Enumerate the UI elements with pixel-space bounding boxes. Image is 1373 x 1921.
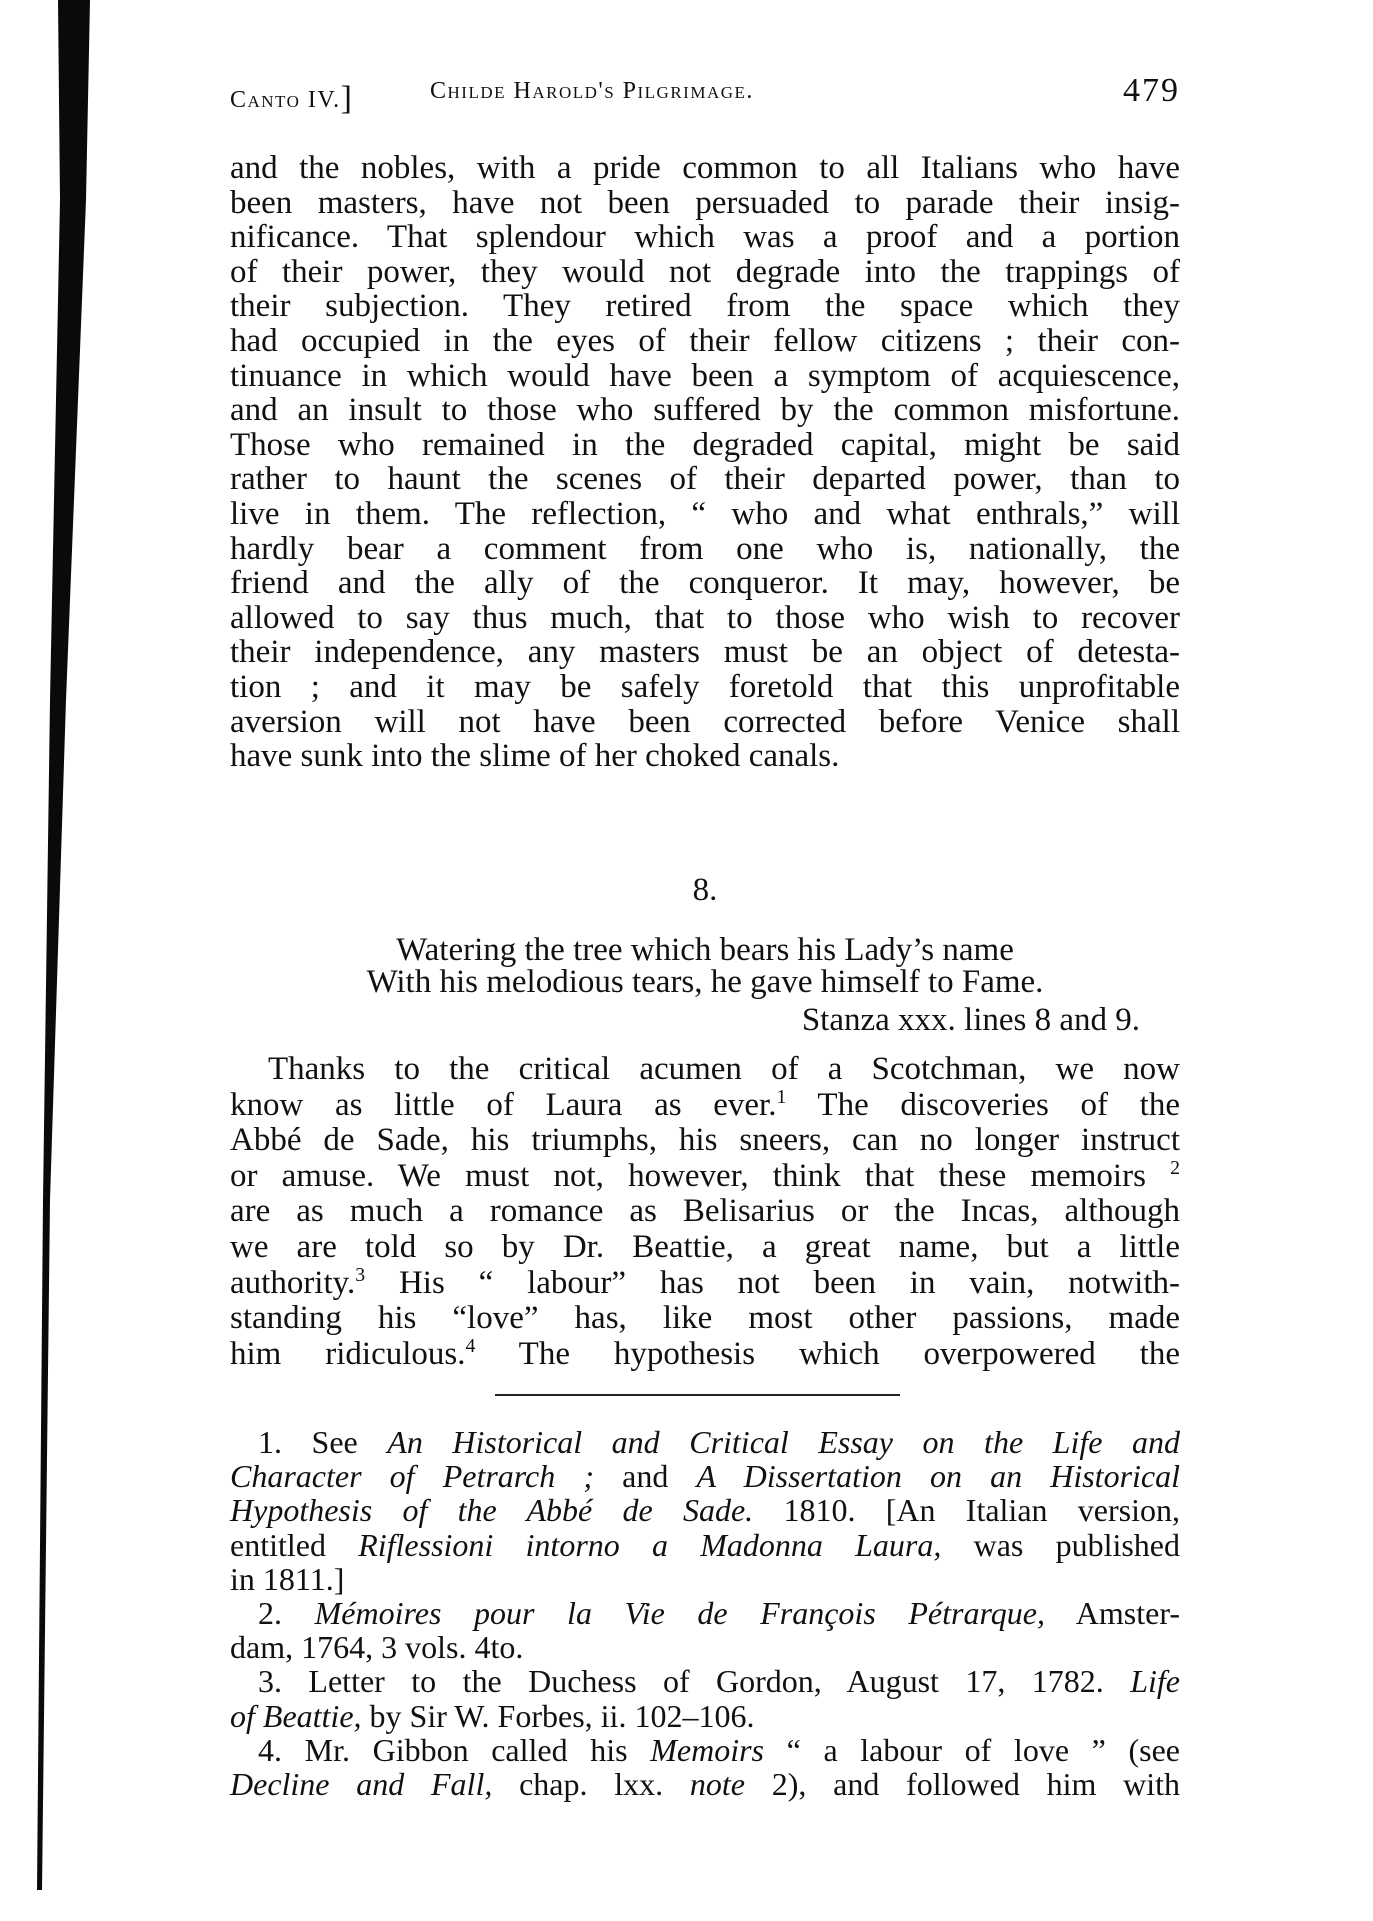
text-segment: by Sir W. Forbes, ii. 102–106.: [362, 1698, 755, 1734]
italic-title: A Dissertation on an Historical: [697, 1458, 1181, 1494]
text-segment: entitled: [230, 1527, 358, 1563]
footnote-ref[interactable]: 4: [465, 1335, 475, 1357]
bracket-glyph: ]: [341, 80, 352, 117]
footnote-line: 4. Mr. Gibbon called his Memoirs “ a lab…: [258, 1732, 1180, 1768]
text-line: Abbé de Sade, his triumphs, his sneers, …: [230, 1122, 1180, 1158]
text-segment: “ a labour of love ” (see: [764, 1732, 1180, 1768]
footnote-line: entitled Riflessioni intorno a Madonna L…: [230, 1527, 1180, 1563]
text-segment: him ridiculous.: [230, 1336, 465, 1372]
text-segment: The hypothesis which overpowered the: [475, 1336, 1180, 1372]
italic-title: of Beattie,: [230, 1698, 362, 1734]
binding-edge-shadow: [0, 0, 120, 1921]
footnote-ref[interactable]: 1: [776, 1086, 786, 1108]
footnote-divider: [495, 1394, 900, 1396]
italic-title: Hypothesis of the Abbé de Sade.: [230, 1492, 753, 1528]
text-line: of their power, they would not degrade i…: [230, 254, 1180, 290]
text-segment: 2), and followed him with: [745, 1766, 1180, 1802]
verse-line: Watering the tree which bears his Lady’s…: [230, 932, 1180, 968]
text-line: and an insult to those who suffered by t…: [230, 392, 1180, 428]
text-line: aversion will not have been corrected be…: [230, 704, 1180, 740]
text-segment: 3. Letter to the Duchess of Gordon, Augu…: [258, 1663, 1130, 1699]
text-segment: 1810. [An Italian version,: [753, 1492, 1180, 1528]
italic-title: Memoirs: [650, 1732, 764, 1768]
text-segment: His “ labour” has not been in vain, notw…: [365, 1265, 1180, 1301]
italic-title: Decline and Fall,: [230, 1766, 492, 1802]
verse-line: With his melodious tears, he gave himsel…: [230, 964, 1180, 1000]
text-segment: dam, 1764, 3 vols. 4to.: [230, 1629, 523, 1665]
text-segment: in 1811.]: [230, 1561, 344, 1597]
text-line: we are told so by Dr. Beattie, a great n…: [230, 1229, 1180, 1265]
text-segment: was published: [941, 1527, 1180, 1563]
footnote-line: 3. Letter to the Duchess of Gordon, Augu…: [258, 1663, 1180, 1699]
text-line: their subjection. They retired from the …: [230, 288, 1180, 324]
text-line: or amuse. We must not, however, think th…: [230, 1158, 1180, 1194]
footnote-line: Character of Petrarch ; and A Dissertati…: [230, 1458, 1180, 1494]
text-segment: know as little of Laura as ever.: [230, 1087, 776, 1123]
italic-title: Life: [1130, 1663, 1180, 1699]
text-line: been masters, have not been persuaded to…: [230, 185, 1180, 221]
text-line: and the nobles, with a pride common to a…: [230, 150, 1180, 186]
text-line: live in them. The reflection, “ who and …: [230, 496, 1180, 532]
text-line: have sunk into the slime of her choked c…: [230, 738, 1180, 774]
italic-title: An Historical and Critical Essay on the …: [387, 1424, 1180, 1460]
text-line: had occupied in the eyes of their fellow…: [230, 323, 1180, 359]
footnote-line: 2. Mémoires pour la Vie de François Pétr…: [258, 1595, 1180, 1631]
italic-title: Riflessioni intorno a Madonna Laura,: [358, 1527, 941, 1563]
footnote-line: in 1811.]: [230, 1561, 1180, 1597]
text-line: their independence, any masters must be …: [230, 634, 1180, 670]
text-segment: 2.: [258, 1595, 315, 1631]
text-line: nificance. That splendour which was a pr…: [230, 219, 1180, 255]
text-segment: chap. lxx.: [492, 1766, 690, 1802]
italic-title: Character of Petrarch ;: [230, 1458, 594, 1494]
text-line: tinuance in which would have been a symp…: [230, 358, 1180, 394]
text-line: allowed to say thus much, that to those …: [230, 600, 1180, 636]
note-number: 8.: [230, 872, 1180, 908]
text-line: friend and the ally of the conqueror. It…: [230, 565, 1180, 601]
text-line: Those who remained in the degraded capit…: [230, 427, 1180, 463]
footnote-ref[interactable]: 3: [355, 1264, 365, 1286]
footnote-line: of Beattie, by Sir W. Forbes, ii. 102–10…: [230, 1698, 1180, 1734]
text-line: are as much a romance as Belisarius or t…: [230, 1193, 1180, 1229]
text-segment: and: [594, 1458, 696, 1494]
text-line: standing his “love” has, like most other…: [230, 1300, 1180, 1336]
text-line: hardly bear a comment from one who is, n…: [230, 531, 1180, 567]
text-segment: authority.: [230, 1265, 355, 1301]
footnote-line: 1. See An Historical and Critical Essay …: [258, 1424, 1180, 1460]
canto-label: Canto IV.]: [230, 78, 352, 116]
page-number: 479: [1123, 72, 1180, 110]
text-segment: 1. See: [258, 1424, 387, 1460]
book-title: Childe Harold's Pilgrimage.: [430, 78, 754, 105]
text-line: rather to haunt the scenes of their depa…: [230, 461, 1180, 497]
footnote-line: Hypothesis of the Abbé de Sade. 1810. [A…: [230, 1492, 1180, 1528]
canto-text: Canto IV.: [230, 87, 341, 113]
footnote-ref[interactable]: 2: [1170, 1157, 1180, 1179]
text-line: authority.3 His “ labour” has not been i…: [230, 1265, 1180, 1301]
text-segment: or amuse. We must not, however, think th…: [230, 1158, 1170, 1194]
text-line: Thanks to the critical acumen of a Scotc…: [268, 1051, 1180, 1087]
text-segment: The discoveries of the: [786, 1087, 1180, 1123]
text-line: tion ; and it may be safely foretold tha…: [230, 669, 1180, 705]
italic-title: Mémoires pour la Vie de François Pétrarq…: [315, 1595, 1045, 1631]
running-header: Canto IV.] Childe Harold's Pilgrimage. 4…: [230, 78, 1180, 114]
text-segment: 4. Mr. Gibbon called his: [258, 1732, 650, 1768]
text-line: him ridiculous.4 The hypothesis which ov…: [230, 1336, 1180, 1372]
italic-title: note: [690, 1766, 745, 1802]
footnote-line: dam, 1764, 3 vols. 4to.: [230, 1629, 1180, 1665]
footnote-line: Decline and Fall, chap. lxx. note 2), an…: [230, 1766, 1180, 1802]
stanza-reference: Stanza xxx. lines 8 and 9.: [802, 1002, 1140, 1038]
text-line: know as little of Laura as ever.1 The di…: [230, 1087, 1180, 1123]
text-segment: Amster-: [1045, 1595, 1180, 1631]
